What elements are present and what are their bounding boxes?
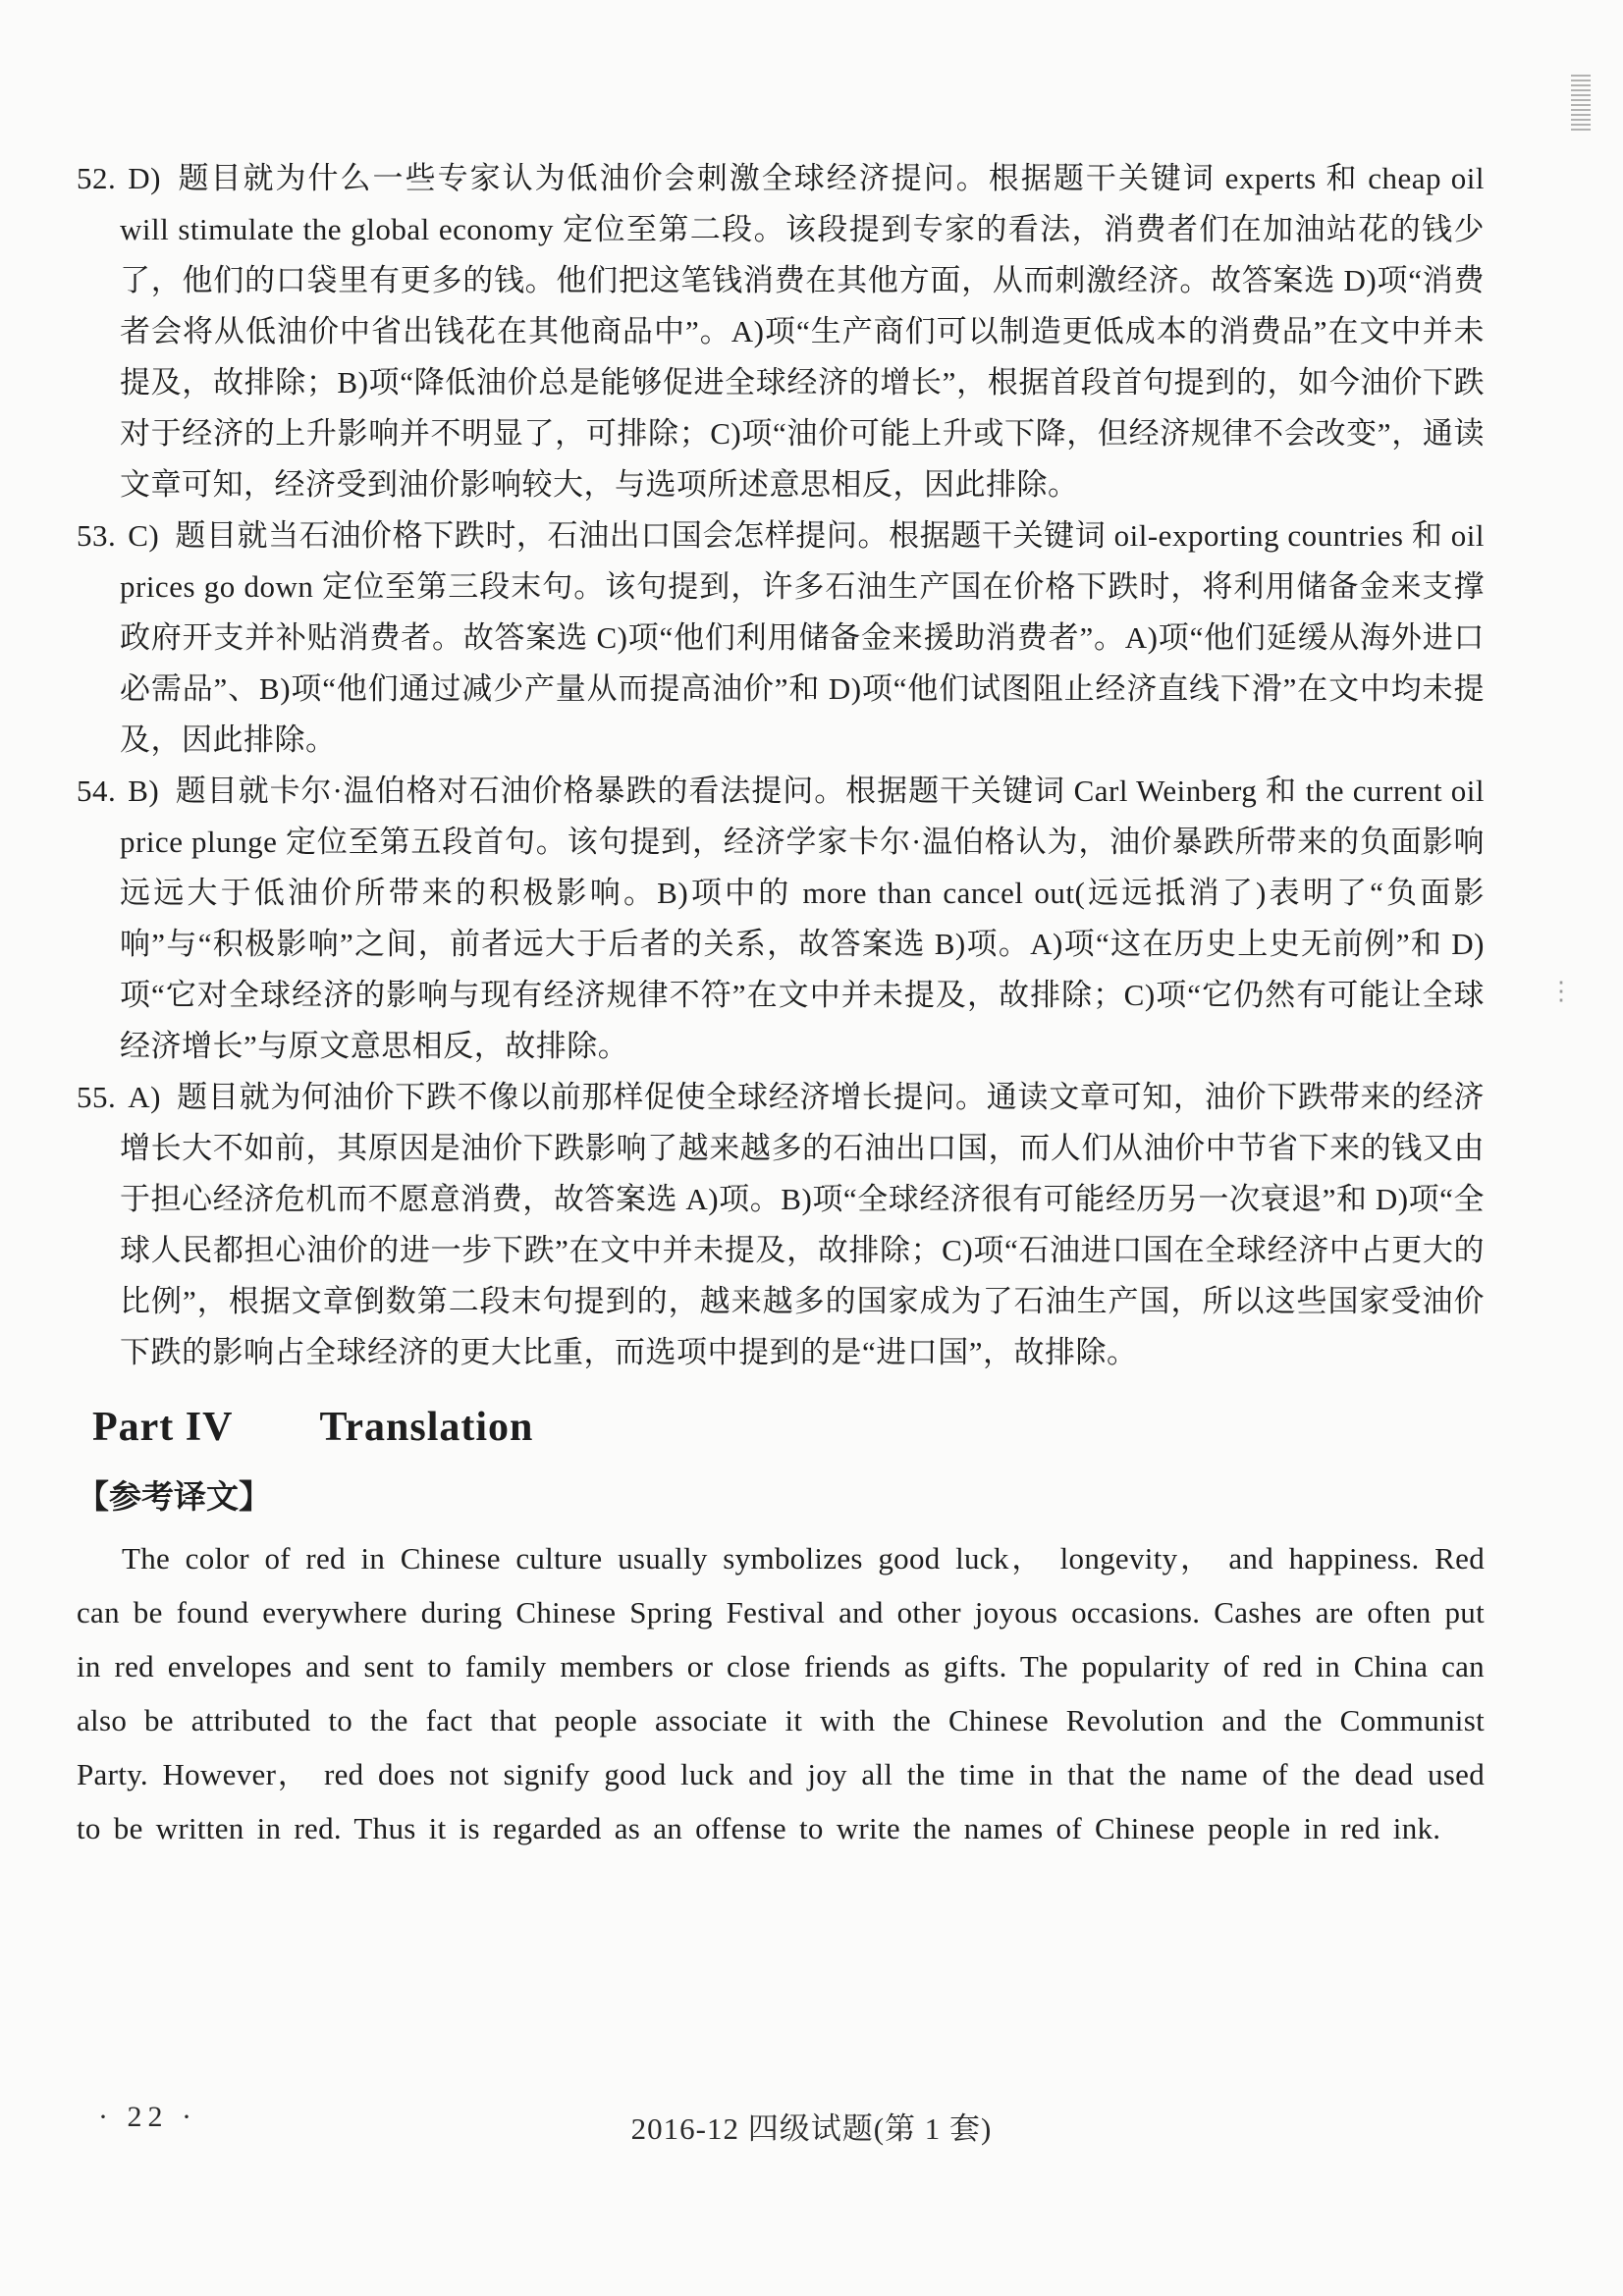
answer-item-54: 54.B)题目就卡尔·温伯格对石油价格暴跌的看法提问。根据题干关键词 Carl … xyxy=(77,766,1485,1072)
answer-item-52: 52.D)题目就为什么一些专家认为低油价会刺激全球经济提问。根据题干关键词 ex… xyxy=(77,153,1485,510)
item-answer-letter: D) xyxy=(128,161,161,195)
item-answer-letter: B) xyxy=(128,774,159,808)
item-number: 52. xyxy=(77,161,116,195)
part-title: Translation xyxy=(319,1405,533,1450)
item-explanation-text: 题目就当石油价格下跌时，石油出口国会怎样提问。根据题干关键词 oil-expor… xyxy=(120,518,1485,757)
reference-translation-paragraph: The color of red in Chinese culture usua… xyxy=(77,1531,1485,1855)
item-answer-letter: C) xyxy=(128,518,159,553)
answer-explanations-section: 52.D)题目就为什么一些专家认为低油价会刺激全球经济提问。根据题干关键词 ex… xyxy=(77,153,1485,1855)
answer-item-55: 55.A)题目就为何油价下跌不像以前那样促使全球经济增长提问。通读文章可知，油价… xyxy=(77,1072,1485,1378)
page-edge-dots: ⋮ xyxy=(1548,977,1574,1006)
item-explanation-text: 题目就卡尔·温伯格对石油价格暴跌的看法提问。根据题干关键词 Carl Weinb… xyxy=(120,774,1485,1063)
page: ⋮ 52.D)题目就为什么一些专家认为低油价会刺激全球经济提问。根据题干关键词 … xyxy=(0,0,1623,2296)
reference-translation-label: 【参考译文】 xyxy=(77,1474,1485,1520)
footer-page-number: · 22 · xyxy=(98,2101,197,2134)
part-iv-heading: Part IVTranslation xyxy=(92,1400,1485,1455)
scan-barcode-mark xyxy=(1571,75,1591,133)
item-number: 55. xyxy=(77,1080,116,1114)
item-answer-letter: A) xyxy=(128,1080,161,1114)
item-explanation-text: 题目就为什么一些专家认为低油价会刺激全球经济提问。根据题干关键词 experts… xyxy=(120,161,1485,502)
answer-item-53: 53.C)题目就当石油价格下跌时，石油出口国会怎样提问。根据题干关键词 oil-… xyxy=(77,510,1485,766)
item-number: 54. xyxy=(77,774,116,808)
footer-source-label: 2016-12 四级试题(第 1 套) xyxy=(631,2104,993,2148)
item-explanation-text: 题目就为何油价下跌不像以前那样促使全球经济增长提问。通读文章可知，油价下跌带来的… xyxy=(120,1080,1485,1369)
item-number: 53. xyxy=(77,518,116,553)
part-label: Part IV xyxy=(92,1405,233,1450)
